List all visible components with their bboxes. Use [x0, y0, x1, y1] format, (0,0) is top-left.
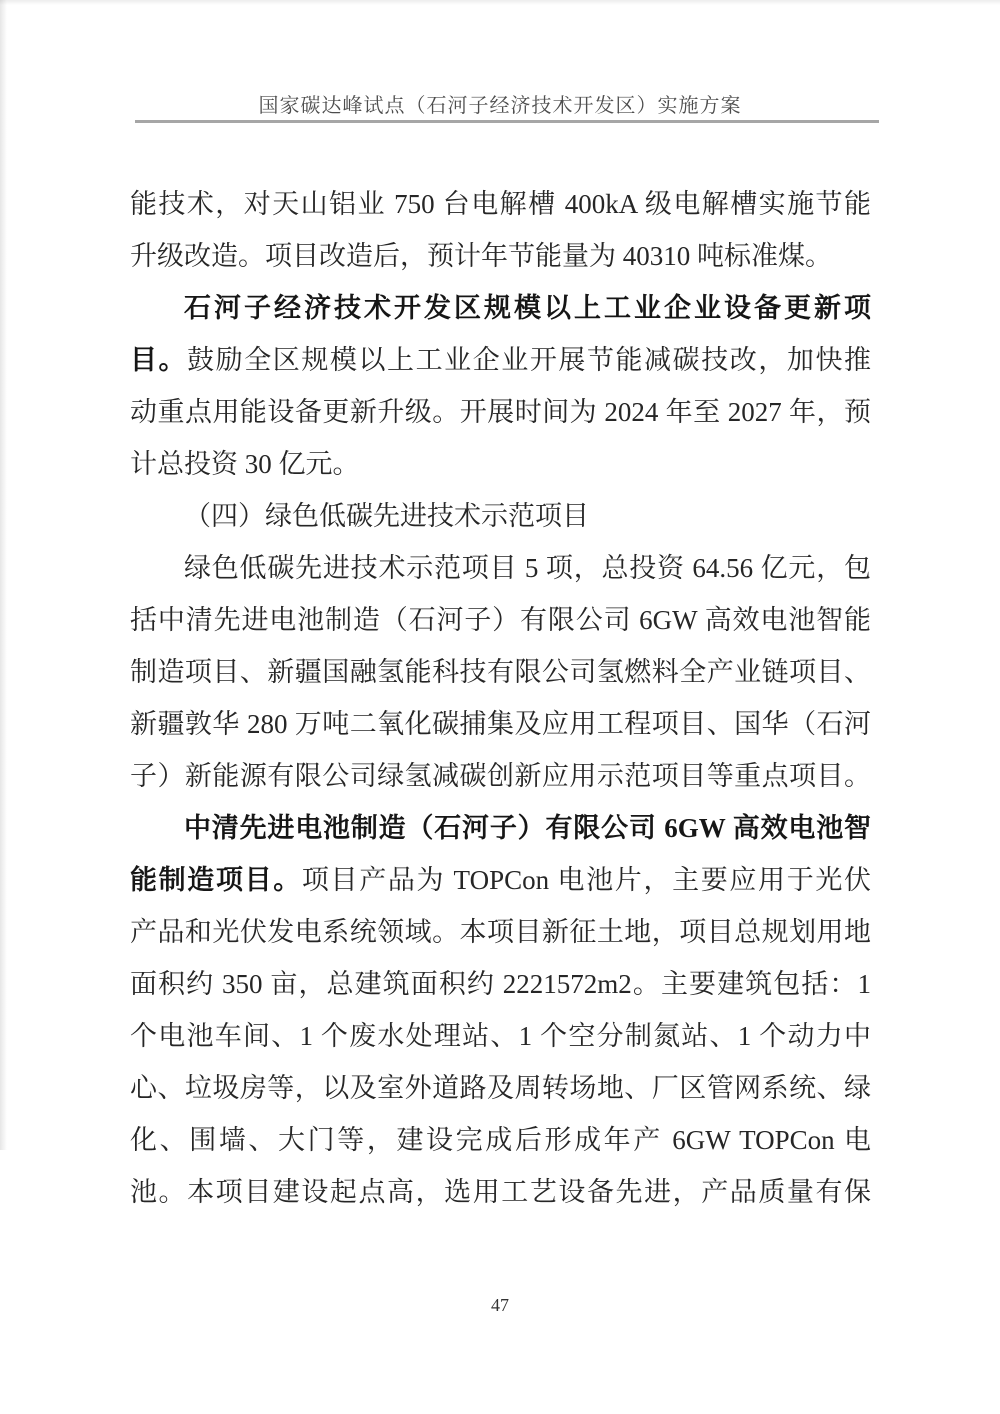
text-segment: 子）新能源有限公司绿氢减碳创新应用示范项目等重点项目。 — [130, 761, 871, 791]
page-number: 47 — [0, 1292, 1000, 1318]
text-line: 计总投资 30 亿元。 — [130, 438, 871, 490]
text-segment: 面积约 350 亩，总建筑面积约 2221572m2。主要建筑包括：1 — [130, 969, 871, 999]
text-segment: 项目产品为 TOPCon 电池片，主要应用于光伏 — [302, 865, 871, 895]
text-segment: 新疆敦华 280 万吨二氧化碳捕集及应用工程项目、国华（石河 — [130, 709, 871, 739]
text-line: 能制造项目。项目产品为 TOPCon 电池片，主要应用于光伏 — [130, 854, 871, 906]
text-segment: 心、垃圾房等，以及室外道路及周转场地、厂区管网系统、绿 — [130, 1073, 871, 1103]
text-segment: 个电池车间、1 个废水处理站、1 个空分制氮站、1 个动力中 — [130, 1021, 871, 1051]
text-line: 升级改造。项目改造后，预计年节能量为 40310 吨标准煤。 — [130, 230, 871, 282]
text-line: 括中清先进电池制造（石河子）有限公司 6GW 高效电池智能 — [130, 594, 871, 646]
text-segment: 计总投资 30 亿元。 — [130, 449, 360, 479]
text-segment: 括中清先进电池制造（石河子）有限公司 6GW 高效电池智能 — [130, 605, 871, 635]
bold-text-segment: 石河子经济技术开发区规模以上工业企业设备更新项 — [184, 293, 871, 323]
header-rule — [135, 120, 879, 123]
page-header-title: 国家碳达峰试点（石河子经济技术开发区）实施方案 — [0, 93, 1000, 119]
text-line: 绿色低碳先进技术示范项目 5 项，总投资 64.56 亿元，包 — [130, 542, 871, 594]
text-segment: 动重点用能设备更新升级。开展时间为 2024 年至 2027 年，预 — [130, 397, 871, 427]
scan-artifact-left — [0, 0, 7, 1150]
bold-text-segment: 能制造项目。 — [130, 865, 302, 895]
text-line: 心、垃圾房等，以及室外道路及周转场地、厂区管网系统、绿 — [130, 1062, 871, 1114]
text-line: 中清先进电池制造（石河子）有限公司 6GW 高效电池智 — [130, 802, 871, 854]
text-line: 子）新能源有限公司绿氢减碳创新应用示范项目等重点项目。 — [130, 750, 871, 802]
scan-artifact-top — [0, 0, 1000, 5]
text-line: 目。鼓励全区规模以上工业企业开展节能减碳技改，加快推 — [130, 334, 871, 386]
text-segment: 产品和光伏发电系统领域。本项目新征土地，项目总规划用地 — [130, 917, 871, 947]
text-segment: 升级改造。项目改造后，预计年节能量为 40310 吨标准煤。 — [130, 241, 832, 271]
text-segment: 制造项目、新疆国融氢能科技有限公司氢燃料全产业链项目、 — [130, 657, 871, 687]
text-segment: （四）绿色低碳先进技术示范项目 — [184, 501, 589, 531]
bold-text-segment: 目。 — [130, 345, 187, 375]
text-line: 化、围墙、大门等，建设完成后形成年产 6GW TOPCon 电 — [130, 1114, 871, 1166]
document-body: 能技术，对天山铝业 750 台电解槽 400kA 级电解槽实施节能升级改造。项目… — [130, 178, 871, 1218]
text-line: 产品和光伏发电系统领域。本项目新征土地，项目总规划用地 — [130, 906, 871, 958]
document-page: 国家碳达峰试点（石河子经济技术开发区）实施方案 能技术，对天山铝业 750 台电… — [0, 0, 1000, 1414]
text-segment: 化、围墙、大门等，建设完成后形成年产 6GW TOPCon 电 — [130, 1125, 871, 1155]
text-segment: 能技术，对天山铝业 750 台电解槽 400kA 级电解槽实施节能 — [130, 189, 871, 219]
text-segment: 池。本项目建设起点高，选用工艺设备先进，产品质量有保 — [130, 1177, 871, 1207]
text-line: 石河子经济技术开发区规模以上工业企业设备更新项 — [130, 282, 871, 334]
bold-text-segment: 中清先进电池制造（石河子）有限公司 6GW 高效电池智 — [184, 813, 871, 843]
text-line: 池。本项目建设起点高，选用工艺设备先进，产品质量有保 — [130, 1166, 871, 1218]
text-segment: 绿色低碳先进技术示范项目 5 项，总投资 64.56 亿元，包 — [184, 553, 871, 583]
text-line: 面积约 350 亩，总建筑面积约 2221572m2。主要建筑包括：1 — [130, 958, 871, 1010]
text-line: 新疆敦华 280 万吨二氧化碳捕集及应用工程项目、国华（石河 — [130, 698, 871, 750]
text-line: 个电池车间、1 个废水处理站、1 个空分制氮站、1 个动力中 — [130, 1010, 871, 1062]
text-line: （四）绿色低碳先进技术示范项目 — [130, 490, 871, 542]
text-segment: 鼓励全区规模以上工业企业开展节能减碳技改，加快推 — [187, 345, 871, 375]
text-line: 能技术，对天山铝业 750 台电解槽 400kA 级电解槽实施节能 — [130, 178, 871, 230]
text-line: 动重点用能设备更新升级。开展时间为 2024 年至 2027 年，预 — [130, 386, 871, 438]
text-line: 制造项目、新疆国融氢能科技有限公司氢燃料全产业链项目、 — [130, 646, 871, 698]
